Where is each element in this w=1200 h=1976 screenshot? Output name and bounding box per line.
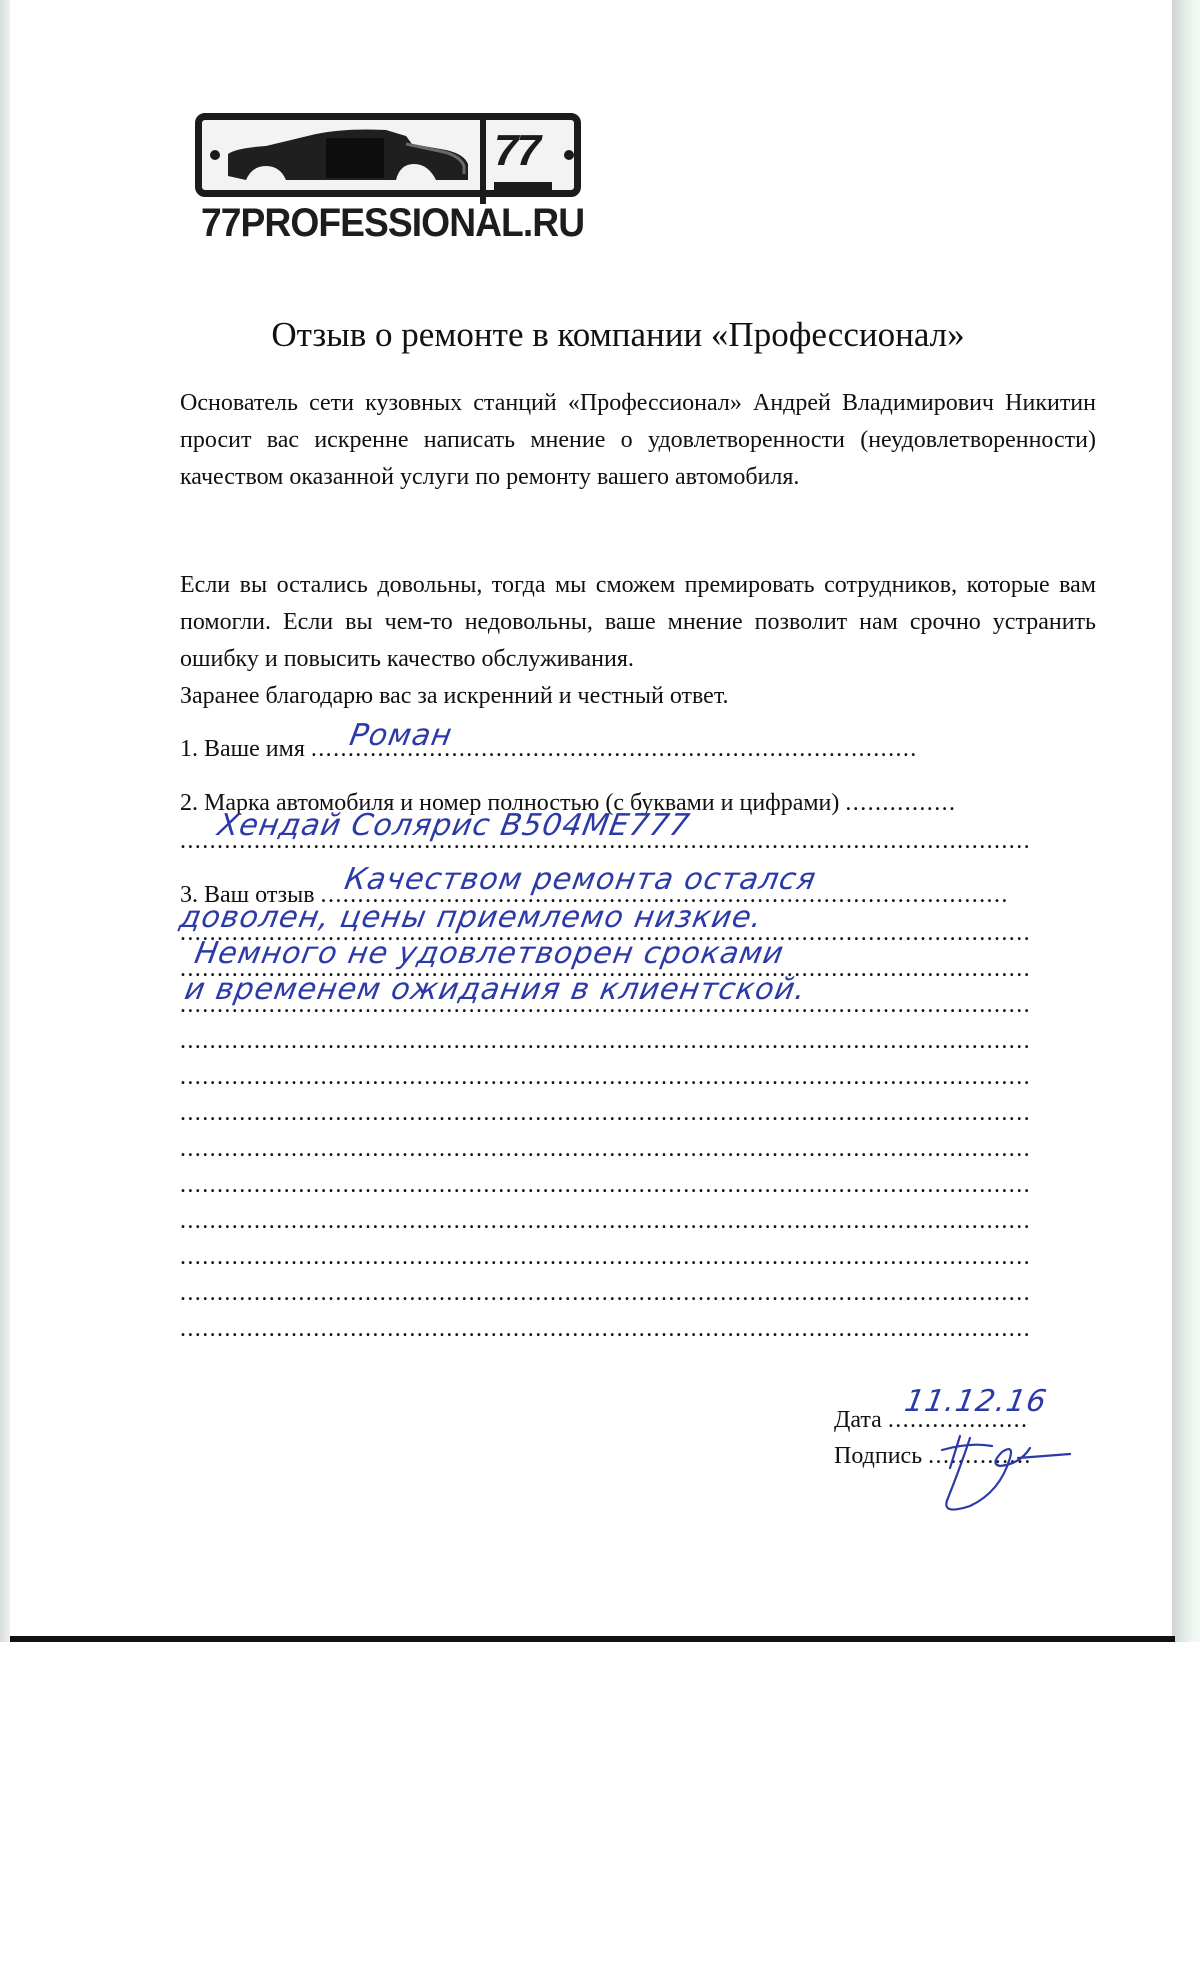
review-answer-line-1: Качеством ремонта остался: [342, 862, 819, 897]
review-answer-line-4: и временем ожидания в клиентской.: [182, 972, 809, 1007]
logo-region-number: 77: [494, 126, 539, 176]
logo-frame: 77: [195, 113, 581, 197]
name-answer: Роман: [347, 718, 455, 753]
logo-divider: [480, 120, 486, 204]
intro-paragraph: Основатель сети кузовных станций «Профес…: [180, 385, 1096, 496]
page-title: Отзыв о ремонте в компании «Профессионал…: [0, 313, 1200, 357]
review-line[interactable]: ........................................…: [180, 1170, 1096, 1200]
page-edge-right: [1172, 0, 1200, 1642]
car-answer: Хендай Солярис В504МЕ777: [215, 808, 693, 843]
thanks-paragraph: Заранее благодарю вас за искренний и чес…: [180, 678, 1096, 715]
review-answer-line-2: доволен, цены приемлемо низкие.: [177, 900, 765, 935]
page-edge-left: [0, 0, 10, 1642]
review-line[interactable]: ........................................…: [180, 1278, 1096, 1308]
logo-bolt-left-icon: [210, 150, 220, 160]
name-field[interactable]: 1. Ваше имя ............................…: [180, 734, 1096, 764]
page-bottom-edge: [10, 1636, 1175, 1642]
review-line[interactable]: ........................................…: [180, 1206, 1096, 1236]
signature-label: Подпись: [834, 1443, 922, 1469]
car-dotted-line: ...............: [845, 790, 956, 816]
review-line[interactable]: ........................................…: [180, 1314, 1096, 1344]
handwritten-signature-icon: [930, 1428, 1080, 1518]
review-line[interactable]: ........................................…: [180, 1098, 1096, 1128]
review-line[interactable]: ........................................…: [180, 1134, 1096, 1164]
motivation-paragraph: Если вы остались довольны, тогда мы смож…: [180, 567, 1096, 678]
review-line[interactable]: ........................................…: [180, 1242, 1096, 1272]
review-line[interactable]: ........................................…: [180, 1026, 1096, 1056]
review-line[interactable]: ........................................…: [180, 1062, 1096, 1092]
logo-site-text: 77PROFESSIONAL.RU: [201, 201, 584, 246]
review-answer-line-3: Немного не удовлетворен сроками: [192, 936, 787, 971]
date-answer: 11.12.16: [902, 1384, 1050, 1419]
date-label: Дата: [834, 1407, 882, 1433]
car-silhouette-icon: [206, 124, 476, 194]
name-label: 1. Ваше имя: [180, 736, 305, 762]
logo-bolt-right-icon: [564, 150, 574, 160]
company-logo: 77 77PROFESSIONAL.RU: [195, 113, 581, 247]
logo-flag-bar: [494, 182, 552, 192]
